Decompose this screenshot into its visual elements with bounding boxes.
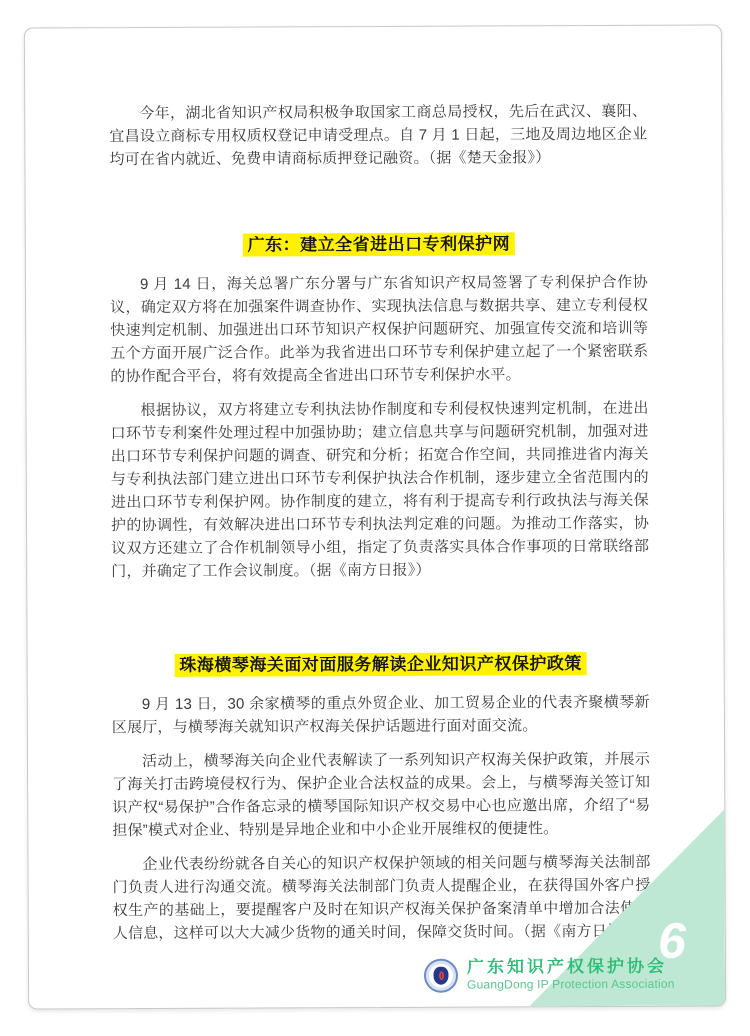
article-heading: 广东：建立全省进出口专利保护网 xyxy=(110,231,648,259)
article-heading-highlight: 广东：建立全省进出口专利保护网 xyxy=(243,232,516,256)
association-emblem-icon xyxy=(424,958,458,992)
emblem-mark xyxy=(438,971,443,980)
article-paragraph: 今年，湖北省知识产权局积极争取国家工商总局授权，先后在武汉、襄阳、宜昌设立商标专… xyxy=(109,100,647,171)
article-paragraph: 企业代表纷纷就各自关心的知识产权保护领域的相关问题与横琴海关法制部门负责人进行沟… xyxy=(112,851,650,945)
emblem-shield xyxy=(433,966,448,984)
article-heading-highlight: 珠海横琴海关面对面服务解读企业知识产权保护政策 xyxy=(174,652,587,677)
article-paragraph: 活动上，横琴海关向企业代表解读了一系列知识产权海关保护政策，并展示了海关打击跨境… xyxy=(112,748,650,842)
page-content: 今年，湖北省知识产权局积极争取国家工商总局授权，先后在武汉、襄阳、宜昌设立商标专… xyxy=(25,25,725,956)
association-name-en: GuangDong IP Protection Association xyxy=(467,977,675,993)
article-heading: 珠海横琴海关面对面服务解读企业知识产权保护政策 xyxy=(112,651,650,679)
article-paragraph: 9 月 14 日，海关总署广东分署与广东省知识产权局签署了专利保护合作协议，确定… xyxy=(110,271,648,388)
association-name: 广东知识产权保护协会 GuangDong IP Protection Assoc… xyxy=(467,957,675,993)
association-logo: 广东知识产权保护协会 GuangDong IP Protection Assoc… xyxy=(424,957,675,993)
newsletter-page: 今年，湖北省知识产权局积极争取国家工商总局授权，先后在武汉、襄阳、宜昌设立商标专… xyxy=(24,24,726,1009)
article-paragraph: 9 月 13 日，30 余家横琴的重点外贸企业、加工贸易企业的代表齐聚横琴新区展… xyxy=(112,691,650,739)
article-paragraph: 根据协议，双方将建立专利执法协作制度和专利侵权快速判定机制，在进出口环节专利案件… xyxy=(110,397,649,583)
association-name-cn: 广东知识产权保护协会 xyxy=(467,957,675,978)
